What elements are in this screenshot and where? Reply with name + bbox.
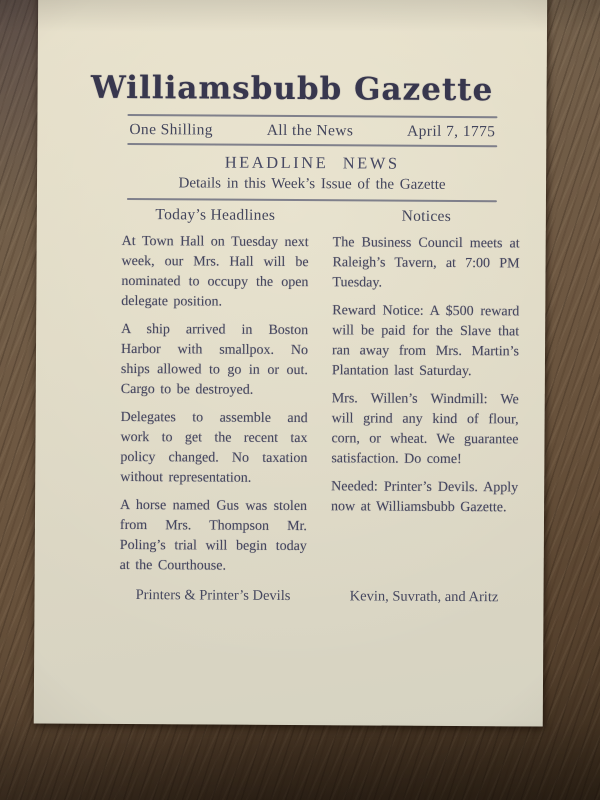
columns-area: Today’s Headlines At Town Hall on Tuesda…: [119, 206, 519, 606]
headline-story: At Town Hall on Tuesday next week, our M…: [121, 232, 308, 313]
date-label: April 7, 1775: [407, 123, 495, 142]
notice-item: Mrs. Willen’s Windmill: We will grind an…: [331, 389, 518, 470]
gazette-paper-sheet: Williamsbubb Gazette One Shilling All th…: [34, 0, 548, 727]
printers-credit-line: Printers & Printer’s Devils: [119, 587, 306, 605]
photo-scene: Williamsbubb Gazette One Shilling All th…: [0, 0, 600, 800]
headlines-column: Today’s Headlines At Town Hall on Tuesda…: [119, 206, 308, 605]
notices-column-header: Notices: [333, 207, 520, 226]
notices-column: Notices The Business Council meets at Ra…: [330, 207, 519, 606]
headline-story: Delegates to assemble and work to get th…: [120, 408, 307, 489]
gazette-title: Williamsbubb Gazette: [38, 70, 547, 107]
motto-label: All the News: [267, 122, 354, 141]
masthead-rule-bottom: [127, 198, 497, 202]
headline-news-banner: HEADLINE NEWS: [127, 152, 497, 174]
headlines-column-header: Today’s Headlines: [122, 206, 309, 225]
headline-story: A ship arrived in Boston Harbor with sma…: [121, 320, 308, 401]
dateline-row: One Shilling All the News April 7, 1775: [127, 116, 497, 145]
masthead-block: One Shilling All the News April 7, 1775 …: [127, 114, 498, 202]
headline-subtitle: Details in this Week’s Issue of the Gaze…: [127, 175, 497, 194]
headline-story: A horse named Gus was stolen from Mrs. T…: [120, 496, 307, 577]
notice-item: Reward Notice: A $500 reward will be pai…: [332, 301, 519, 382]
notice-item: Needed: Printer’s Devils. Apply now at W…: [331, 477, 518, 518]
editors-credit-line: Kevin, Suvrath, and Aritz: [330, 588, 517, 606]
notice-item: The Business Council meets at Raleigh’s …: [332, 233, 519, 294]
price-label: One Shilling: [129, 121, 213, 140]
